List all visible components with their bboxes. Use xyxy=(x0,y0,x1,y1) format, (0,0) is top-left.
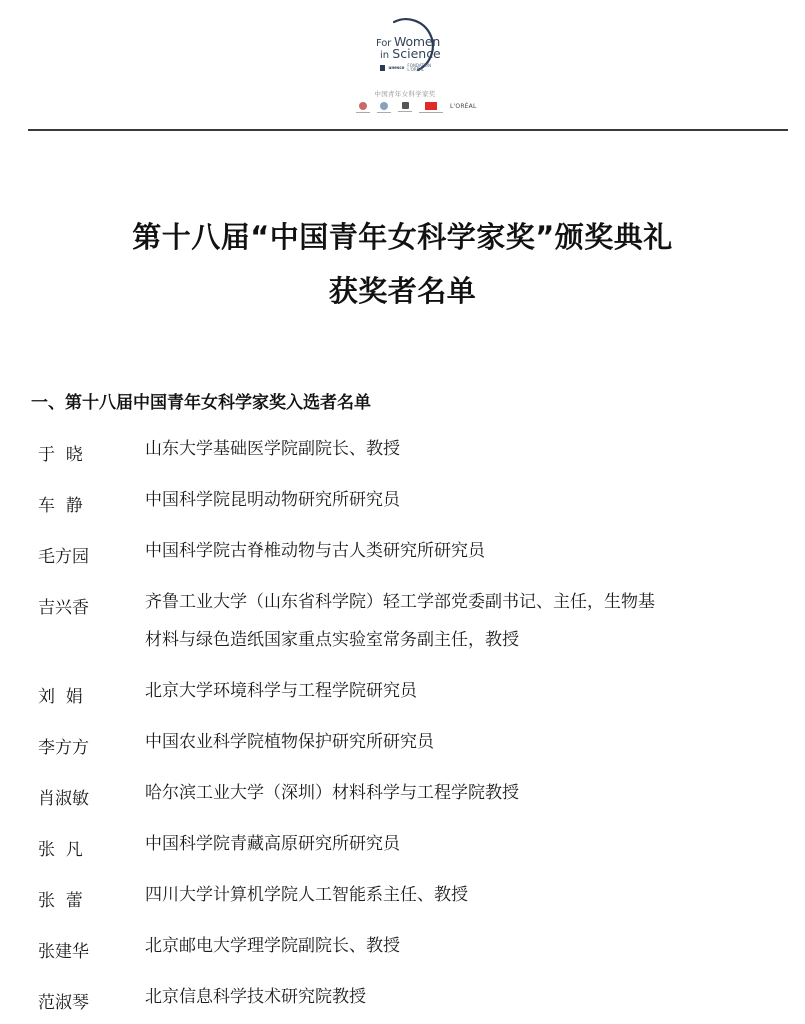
unesco-box-icon xyxy=(380,65,385,71)
awardee-affiliation: 中国科学院昆明动物研究所研究员 xyxy=(145,481,665,519)
awardee-affiliation: 山东大学基础医学院副院长、教授 xyxy=(145,430,665,468)
logo-line2: in Science xyxy=(380,48,441,61)
document-subtitle: 获奖者名单 xyxy=(0,269,805,310)
section-heading: 一、第十八届中国青年女科学家奖入选者名单 xyxy=(31,388,371,413)
unesco-temple-icon xyxy=(402,102,409,109)
header-divider xyxy=(28,129,788,131)
award-name: 中国青年女科学家奖 xyxy=(340,89,470,98)
awardee-affiliation: 中国科学院青藏高原研究所研究员 xyxy=(145,825,665,863)
for-women-in-science-logo: For Women in Science unesco FONDATION L'… xyxy=(340,8,470,78)
awardee-name: 毛方园 xyxy=(38,542,89,567)
awardee-name: 李方方 xyxy=(38,733,89,758)
awardee-affiliation: 中国农业科学院植物保护研究所研究员 xyxy=(145,723,665,761)
awardee-name: 肖淑敏 xyxy=(38,784,89,809)
awardee-affiliation: 四川大学计算机学院人工智能系主任、教授 xyxy=(145,876,665,914)
awardee-name: 范淑琴 xyxy=(38,988,89,1013)
awardee-name: 张 蕾 xyxy=(38,886,83,911)
partner-logo xyxy=(398,102,412,112)
awardee-name: 吉兴香 xyxy=(38,593,89,618)
partner-logos: L'ORÉAL xyxy=(356,102,466,118)
red-seal-icon xyxy=(359,102,367,110)
partner-logo: L'ORÉAL xyxy=(450,102,477,110)
awardee-affiliation: 北京信息科学技术研究院教授 xyxy=(145,978,665,1016)
awardee-affiliation: 哈尔滨工业大学（深圳）材料科学与工程学院教授 xyxy=(145,774,665,812)
china-flag-icon xyxy=(425,102,437,110)
awardee-affiliation: 北京邮电大学理学院副院长、教授 xyxy=(145,927,665,965)
awardee-affiliation: 北京大学环境科学与工程学院研究员 xyxy=(145,672,665,710)
awardee-name: 张 凡 xyxy=(38,835,83,860)
document-title: 第十八届“中国青年女科学家奖”颁奖典礼 xyxy=(0,215,805,256)
logo-sponsor-strip: unesco FONDATION L'ORÉAL xyxy=(380,64,440,71)
awardee-name: 刘 娟 xyxy=(38,682,83,707)
header-logo-block: For Women in Science unesco FONDATION L'… xyxy=(340,8,470,118)
awardee-name: 张建华 xyxy=(38,937,89,962)
awardee-name: 于 晓 xyxy=(38,440,83,465)
awardee-affiliation: 中国科学院古脊椎动物与古人类研究所研究员 xyxy=(145,532,665,570)
awardee-name: 车 静 xyxy=(38,491,83,516)
blue-emblem-icon xyxy=(380,102,388,110)
awardee-affiliation: 齐鲁工业大学（山东省科学院）轻工学部党委副书记、主任，生物基材料与绿色造纸国家重… xyxy=(145,583,655,659)
loreal-wordmark: L'ORÉAL xyxy=(450,103,477,110)
partner-logo xyxy=(419,102,443,113)
partner-logo xyxy=(356,102,370,113)
partner-logo xyxy=(377,102,391,113)
